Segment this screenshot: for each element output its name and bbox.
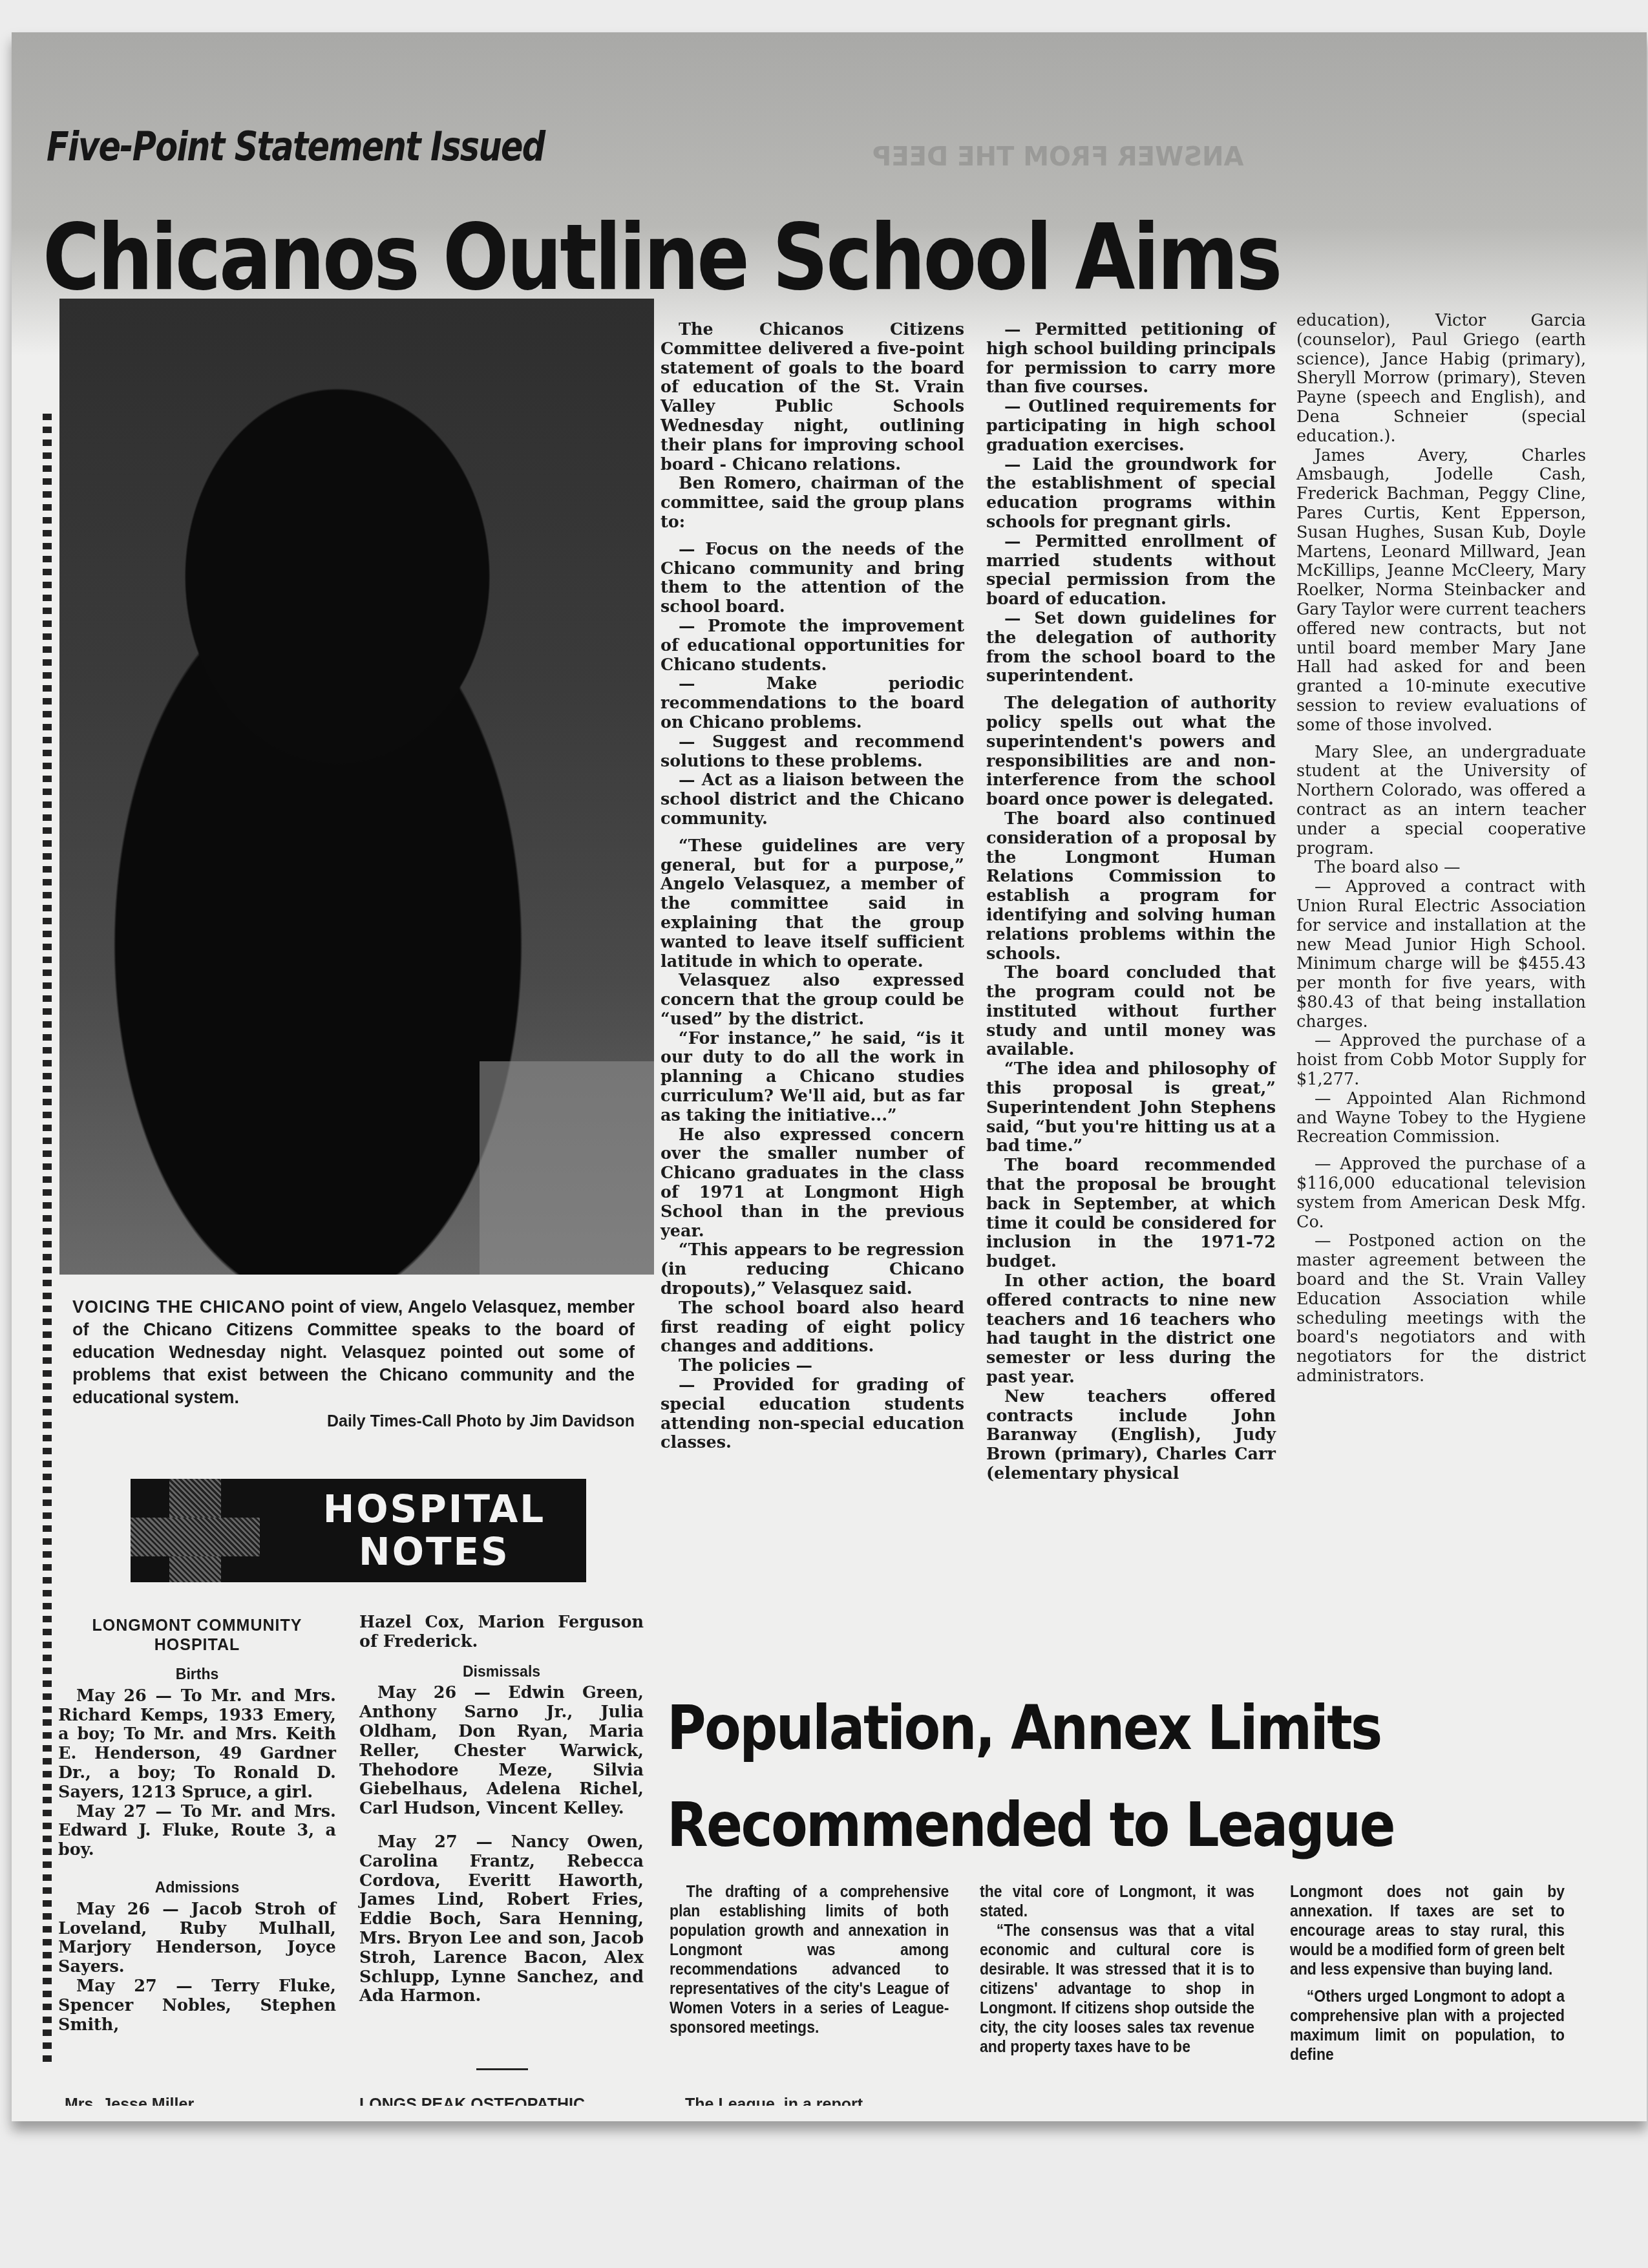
hospital-notes-column-1: LONGMONT COMMUNITY HOSPITAL Births May 2… <box>58 1616 336 2035</box>
next-hospital-heading: LONGS PEAK OSTEOPATHIC <box>359 2095 644 2106</box>
hospital-notes-title: HOSPITAL NOTES <box>292 1488 576 1573</box>
caption-lead: VOICING THE CHICANO <box>72 1297 286 1317</box>
photo-caption: VOICING THE CHICANO point of view, Angel… <box>72 1296 635 1409</box>
hospital-notes-banner: HOSPITAL NOTES <box>131 1479 586 1582</box>
admissions-heading: Admissions <box>58 1878 336 1898</box>
second-headline: Population, Annex Limits Recommended to … <box>667 1680 1503 1874</box>
league-story-column-3: Longmont does not gain by annexation. If… <box>1290 1882 1565 2064</box>
hospital-name: LONGMONT COMMUNITY HOSPITAL <box>58 1616 336 1655</box>
hospital-notes-column-2: Hazel Cox, Marion Ferguson of Frederick.… <box>359 1613 644 2006</box>
main-headline: Chicanos Outline School Aims <box>43 206 1280 311</box>
news-photo-speaker-silhouette <box>59 299 654 1275</box>
league-story-column-2: the vital core of Longmont, it was state… <box>980 1882 1254 2057</box>
dismissals-heading: Dismissals <box>359 1662 644 1682</box>
bleed-through-text: ANSWER FROM THE DEEP <box>872 142 1243 172</box>
births-heading: Births <box>58 1665 336 1684</box>
section-divider <box>476 2068 528 2070</box>
cut-off-entry: Mrs. Jesse Miller <box>65 2095 336 2106</box>
photo-credit: Daily Times-Call Photo by Jim Davidson <box>278 1412 635 1431</box>
story-kicker: Five-Point Statement Issued <box>47 123 545 170</box>
scan-edge-perforation <box>43 414 52 2068</box>
red-cross-icon-bar <box>131 1518 260 1556</box>
main-story-column-2: — Permitted petitioning of high school b… <box>986 321 1276 1484</box>
league-cut-line: The League, in a report <box>685 2095 969 2106</box>
photo-background-desk <box>480 1061 654 1275</box>
league-story-column-1: The drafting of a comprehensive plan est… <box>670 1882 949 2037</box>
main-story-column-3: education), Victor Garcia (counselor), P… <box>1296 312 1586 1386</box>
main-story-column-1: The Chicanos Citizens Committee delivere… <box>660 321 964 1453</box>
